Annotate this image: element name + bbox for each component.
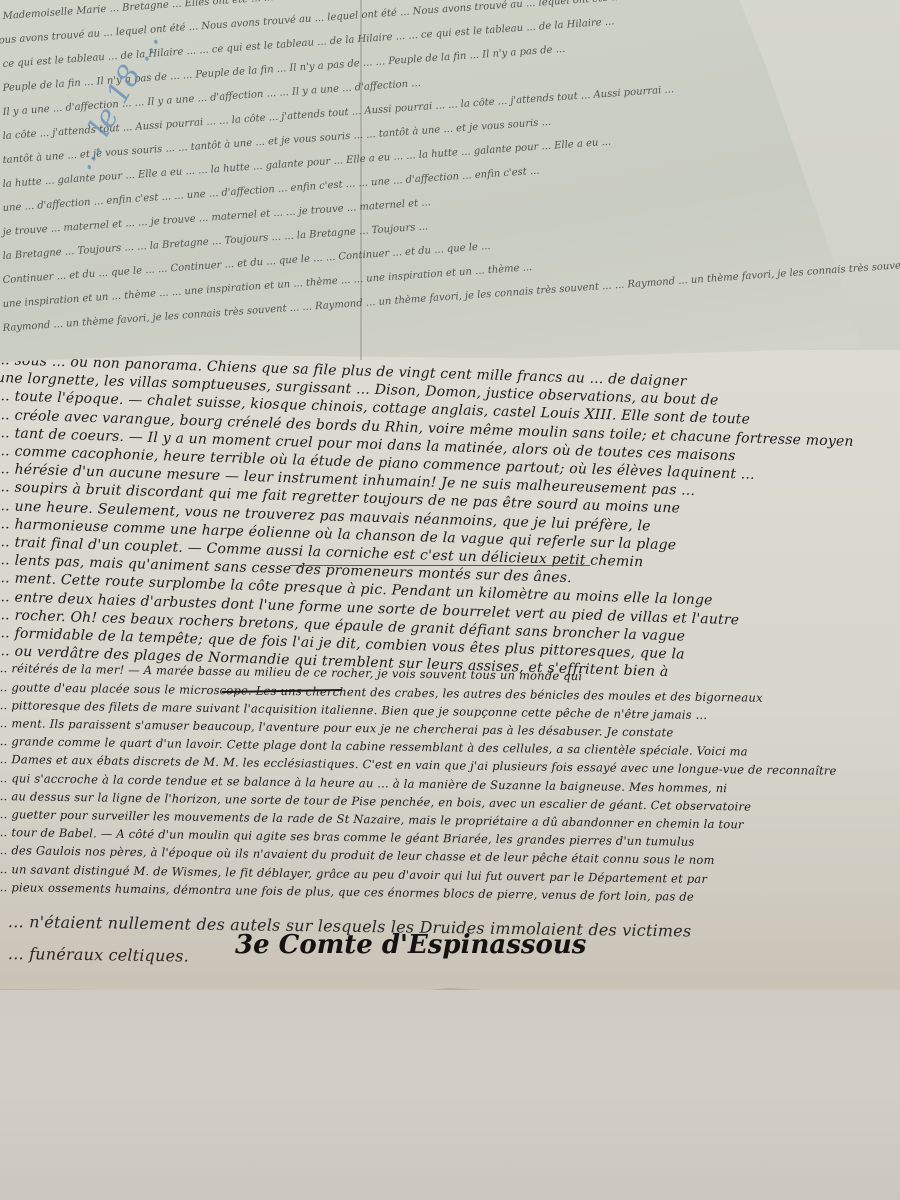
signature: 3e Comte d'Espinassous [235, 930, 586, 960]
blank-bottom-sheet [0, 990, 900, 1200]
strike-rule [290, 565, 590, 566]
manuscript-line: ... funéraux celtiques. [8, 944, 189, 966]
